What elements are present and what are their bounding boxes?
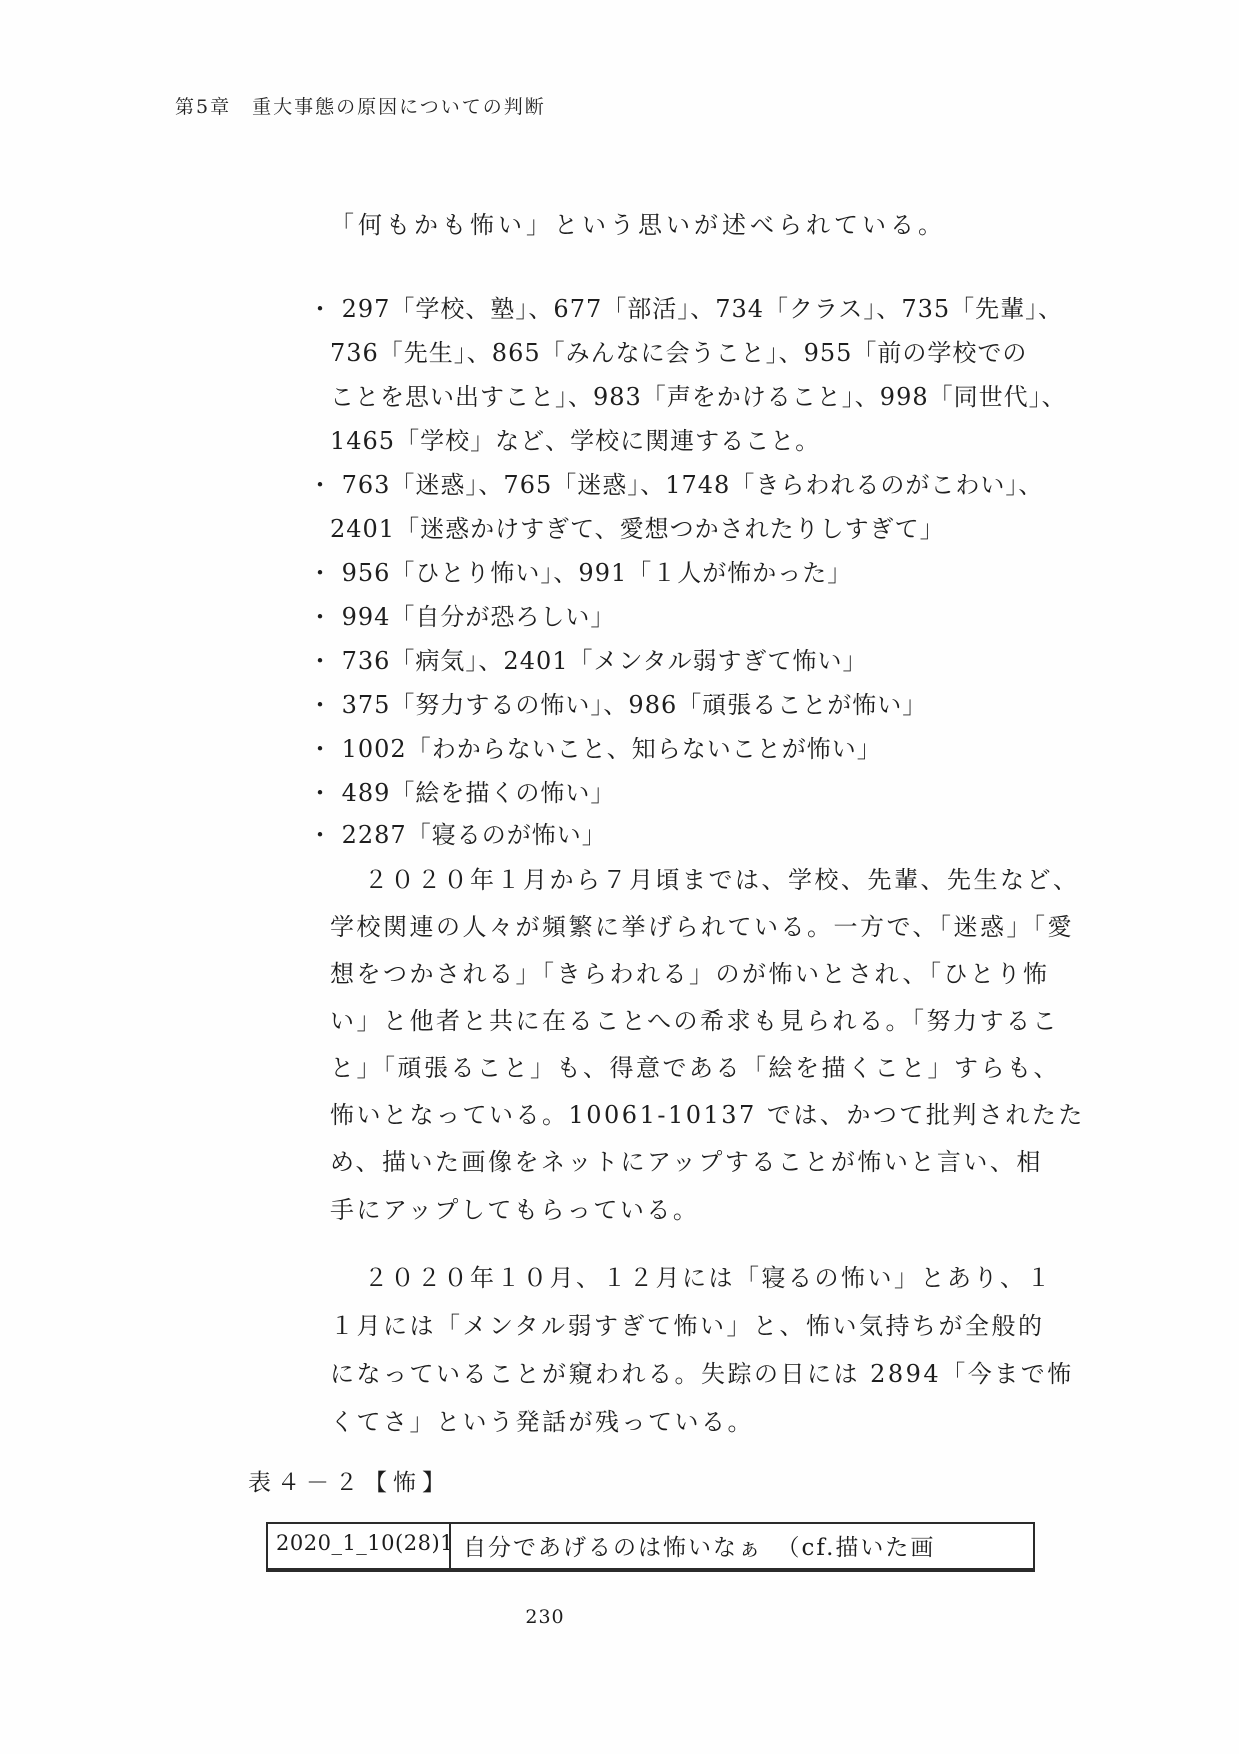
text-line: １月には「メンタル弱すぎて怖い」と、怖い気持ちが全般的 [330, 1306, 1045, 1341]
text-line: くてさ」という発話が残っている。 [330, 1402, 754, 1437]
bullet-line: ・ 736「病気」、2401「メンタル弱すぎて怖い」 [308, 641, 868, 676]
bullet-line: ・ 1002「わからないこと、知らないことが怖い」 [308, 729, 882, 764]
bullet-line: ・ 763「迷惑」、765「迷惑」、1748「きらわれるのがこわい」、 [308, 465, 1043, 500]
page-number: 230 [505, 1606, 585, 1628]
text-line: 2401「迷惑かけすぎて、愛想つかされたりしすぎて」 [330, 509, 945, 544]
text-line: ２０２０年１０月、１２月には「寝るの怖い」とあり、１ [364, 1258, 1053, 1293]
text-line: 736「先生」、865「みんなに会うこと」、955「前の学校での [330, 333, 1027, 368]
text-line: 学校関連の人々が頻繁に挙げられている。一方で、「迷惑」「愛 [330, 907, 1074, 942]
excerpt-table: 2020_1_10(28)10061 自分であげるのは怖いなぁ （cf.描いた画 [266, 1522, 1035, 1572]
text-line: ２０２０年１月から７月頃までは、学校、先輩、先生など、 [364, 860, 1080, 895]
bullet-line: ・ 489「絵を描くの怖い」 [308, 773, 615, 808]
chapter-header: 第5章 重大事態の原因についての判断 [175, 92, 546, 119]
text-line: と」「頑張ること」も、得意である「絵を描くこと」すらも、 [330, 1048, 1060, 1083]
text-line: 「何もかも怖い」という思いが述べられている。 [330, 205, 946, 240]
text-line: い」と他者と共に在ることへの希求も見られる。「努力するこ [330, 1001, 1059, 1036]
bullet-line: ・ 297「学校、塾」、677「部活」、734「クラス」、735「先輩」、 [308, 289, 1063, 324]
bullet-line: ・ 375「努力するの怖い」、986「頑張ることが怖い」 [308, 685, 927, 720]
text-line: め、描いた画像をネットにアップすることが怖いと言い、相 [330, 1142, 1043, 1177]
table-cell-id: 2020_1_10(28)10061 [268, 1524, 451, 1568]
text-line: 1465「学校」など、学校に関連すること。 [330, 421, 820, 456]
table-caption: 表４－２【怖】 [248, 1464, 451, 1497]
text-line: 手にアップしてもらっている。 [330, 1190, 699, 1225]
text-line: 怖いとなっている。10061-10137 では、かつて批判されたた [330, 1095, 1085, 1130]
bullet-line: ・ 956「ひとり怖い」、991「１人が怖かった」 [308, 553, 852, 588]
bullet-line: ・ 2287「寝るのが怖い」 [308, 815, 607, 850]
bullet-line: ・ 994「自分が恐ろしい」 [308, 597, 615, 632]
text-line: 想をつかされる」「きらわれる」のが怖いとされ、「ひとり怖 [330, 954, 1049, 989]
text-line: ことを思い出すこと」、983「声をかけること」、998「同世代」、 [330, 377, 1067, 412]
document-page: 第5章 重大事態の原因についての判断 「何もかも怖い」という思いが述べられている… [0, 0, 1239, 1754]
text-line: になっていることが窺われる。失踪の日には 2894「今まで怖 [330, 1354, 1074, 1389]
table-cell-utterance: 自分であげるのは怖いなぁ （cf.描いた画 [451, 1524, 1033, 1568]
